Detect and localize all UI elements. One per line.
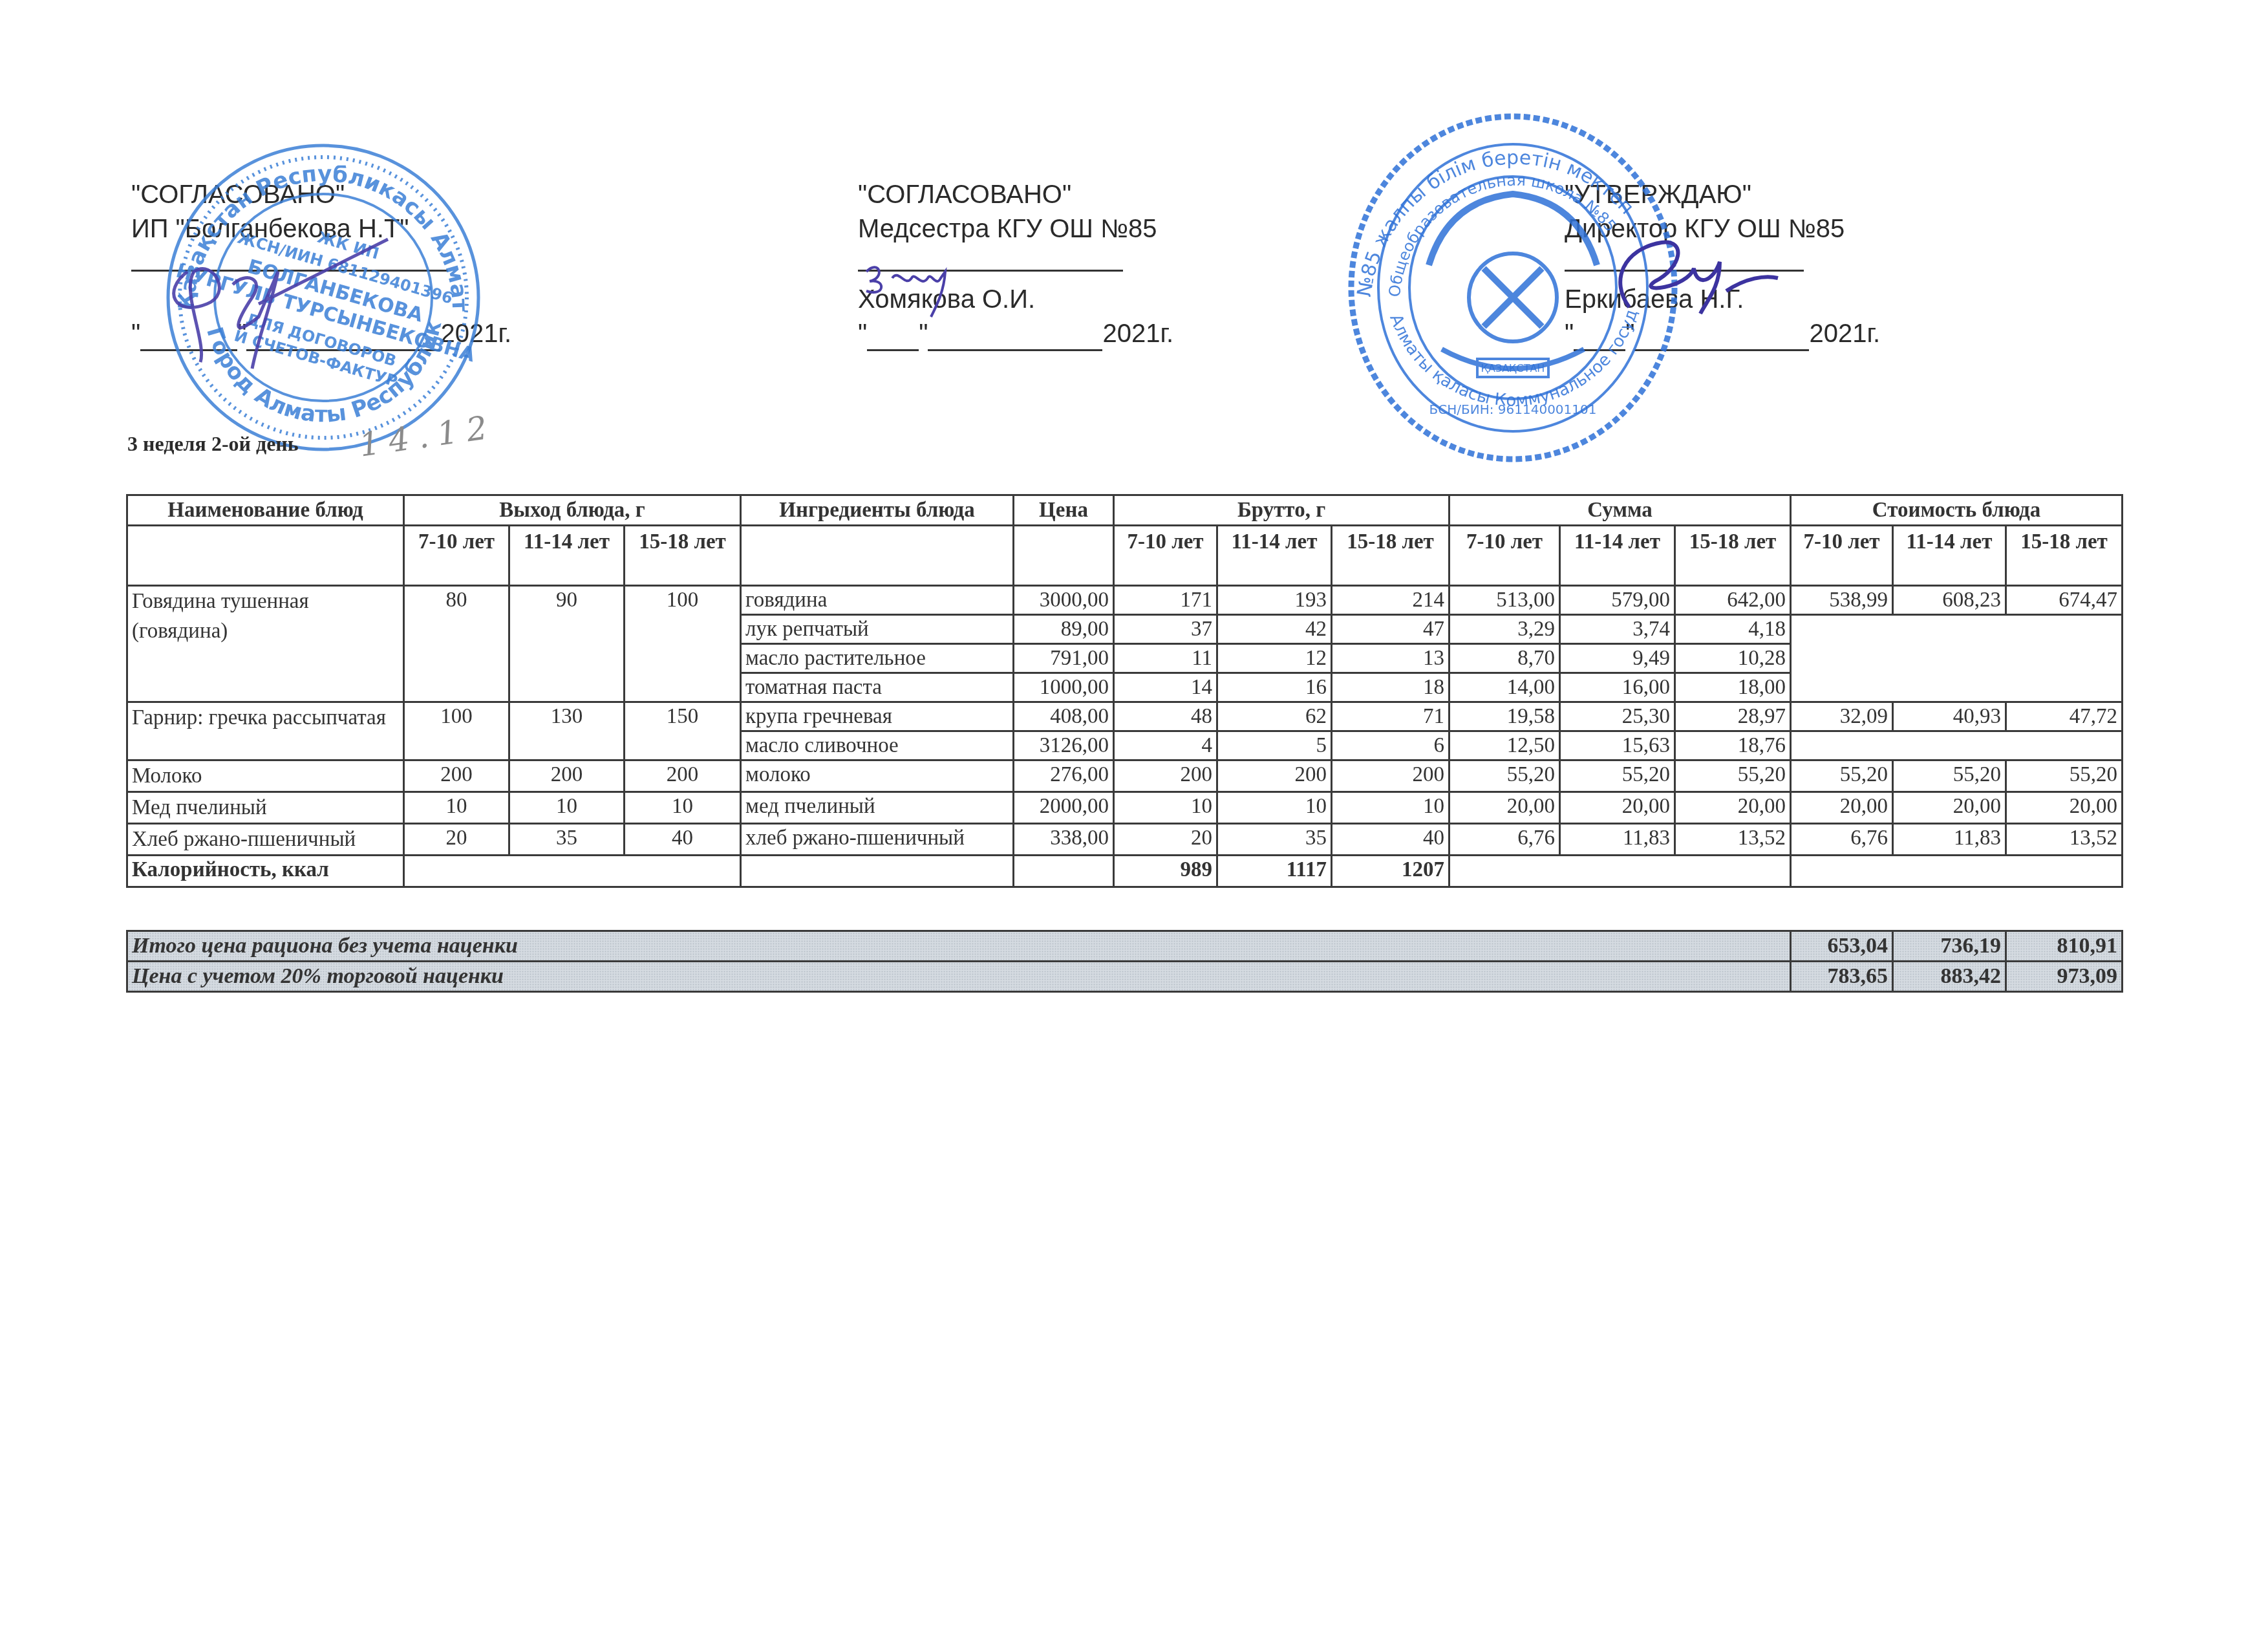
dish-cost: 538,99 — [1791, 586, 1893, 615]
totals-table: Итого цена рациона без учета наценки 653… — [126, 930, 2123, 993]
header-sum: Сумма — [1450, 495, 1791, 526]
calories-value: 989 — [1114, 856, 1217, 887]
signature-line — [1565, 246, 1804, 272]
day-label: 3 неделя 2-ой день — [127, 432, 299, 456]
approval-heading: "СОГЛАСОВАНО" — [858, 178, 1375, 212]
dish-yield: 200 — [509, 760, 625, 792]
ingredient-sum: 3,74 — [1560, 615, 1675, 644]
approval-heading: "СОГЛАСОВАНО" — [131, 178, 623, 212]
ingredient-name: хлеб ржано-пшеничный — [741, 824, 1014, 856]
ingredient-sum: 55,20 — [1450, 760, 1560, 792]
dish-yield: 20 — [404, 824, 509, 856]
dish-yield: 10 — [509, 792, 625, 824]
totals-value: 653,04 — [1791, 931, 1893, 962]
ingredient-brutto: 16 — [1217, 673, 1332, 702]
date-close-quote: " — [919, 317, 928, 351]
approval-signer: Хомякова О.И. — [858, 283, 1375, 317]
dish-yield: 130 — [509, 702, 625, 760]
header-age: 11-14 лет — [1893, 526, 2006, 586]
ingredient-sum: 19,58 — [1450, 702, 1560, 731]
blank-cell — [1450, 856, 1791, 887]
header-ingredients: Ингредиенты блюда — [741, 495, 1014, 526]
blank-cell — [404, 856, 741, 887]
header-price: Цена — [1014, 495, 1114, 526]
date-open-quote: " — [131, 317, 140, 351]
dish-cost: 55,20 — [1893, 760, 2006, 792]
ingredient-price: 408,00 — [1014, 702, 1114, 731]
ingredient-sum: 18,76 — [1675, 731, 1791, 760]
ingredient-name: говядина — [741, 586, 1014, 615]
dish-yield: 40 — [625, 824, 741, 856]
approval-date: " " 2021г. — [131, 317, 623, 351]
header-blank — [1014, 526, 1114, 586]
calories-value: 1207 — [1332, 856, 1450, 887]
ingredient-sum: 11,83 — [1560, 824, 1675, 856]
ingredient-brutto: 12 — [1217, 644, 1332, 673]
ingredient-brutto: 200 — [1217, 760, 1332, 792]
blank-cell — [1791, 856, 2123, 887]
ingredient-sum: 10,28 — [1675, 644, 1791, 673]
approval-position: Медсестра КГУ ОШ №85 — [858, 212, 1375, 246]
ingredient-price: 338,00 — [1014, 824, 1114, 856]
table-row: Гарнир: гречка рассыпчатая100130150крупа… — [127, 702, 2123, 731]
date-close-quote: " — [237, 317, 246, 351]
table-row: Говядина тушенная (говядина)8090100говяд… — [127, 586, 2123, 615]
ingredient-sum: 12,50 — [1450, 731, 1560, 760]
dish-cost: 608,23 — [1893, 586, 2006, 615]
ingredient-price: 2000,00 — [1014, 792, 1114, 824]
date-day-blank — [140, 323, 237, 351]
approval-signer — [131, 283, 623, 317]
dish-yield: 100 — [404, 702, 509, 760]
ingredient-brutto: 10 — [1332, 792, 1450, 824]
menu-table: Наименование блюд Выход блюда, г Ингреди… — [126, 494, 2123, 888]
ingredient-brutto: 71 — [1332, 702, 1450, 731]
date-day-blank — [1574, 323, 1625, 351]
ingredient-sum: 642,00 — [1675, 586, 1791, 615]
header-blank — [127, 526, 404, 586]
approval-heading: "УТВЕРЖДАЮ" — [1565, 178, 2095, 212]
ingredient-brutto: 193 — [1217, 586, 1332, 615]
ingredient-brutto: 42 — [1217, 615, 1332, 644]
dish-cost: 20,00 — [1893, 792, 2006, 824]
dish-yield: 100 — [625, 586, 741, 702]
ingredient-brutto: 37 — [1114, 615, 1217, 644]
dish-cost: 20,00 — [2006, 792, 2123, 824]
ingredient-brutto: 40 — [1332, 824, 1450, 856]
ingredient-brutto: 35 — [1217, 824, 1332, 856]
totals-value: 883,42 — [1893, 962, 2006, 992]
ingredient-sum: 20,00 — [1560, 792, 1675, 824]
approval-position: ИП "Болганбекова Н.Т" — [131, 212, 623, 246]
dish-yield: 10 — [404, 792, 509, 824]
ingredient-price: 3126,00 — [1014, 731, 1114, 760]
date-month-blank — [1634, 323, 1809, 351]
table-row: Молоко200200200молоко276,0020020020055,2… — [127, 760, 2123, 792]
totals-row-markup: Цена с учетом 20% торговой наценки 783,6… — [127, 962, 2123, 992]
totals-label: Итого цена рациона без учета наценки — [127, 931, 1791, 962]
ingredient-brutto: 4 — [1114, 731, 1217, 760]
totals-value: 973,09 — [2006, 962, 2123, 992]
handwritten-note: 14.12 — [357, 407, 498, 464]
table-row: Мед пчелиный101010мед пчелиный2000,00101… — [127, 792, 2123, 824]
dish-cost: 55,20 — [2006, 760, 2123, 792]
ingredient-sum: 16,00 — [1560, 673, 1675, 702]
approval-block-director: "УТВЕРЖДАЮ" Директор КГУ ОШ №85 Еркибаев… — [1565, 178, 2095, 351]
header-age: 7-10 лет — [404, 526, 509, 586]
totals-value: 810,91 — [2006, 931, 2123, 962]
ingredient-sum: 9,49 — [1560, 644, 1675, 673]
ingredient-brutto: 14 — [1114, 673, 1217, 702]
ingredient-brutto: 10 — [1217, 792, 1332, 824]
ingredient-sum: 13,52 — [1675, 824, 1791, 856]
ingredient-sum: 20,00 — [1450, 792, 1560, 824]
dish-yield: 150 — [625, 702, 741, 760]
ingredient-sum: 55,20 — [1675, 760, 1791, 792]
header-brutto: Брутто, г — [1114, 495, 1450, 526]
header-age: 11-14 лет — [1217, 526, 1332, 586]
dish-cost: 32,09 — [1791, 702, 1893, 731]
date-close-quote: " — [1625, 317, 1634, 351]
ingredient-sum: 15,63 — [1560, 731, 1675, 760]
header-age: 7-10 лет — [1791, 526, 1893, 586]
date-year: 2021г. — [440, 317, 511, 351]
blank-cell — [1014, 856, 1114, 887]
dish-yield: 80 — [404, 586, 509, 702]
date-open-quote: " — [858, 317, 867, 351]
dish-cost: 47,72 — [2006, 702, 2123, 731]
ingredient-sum: 579,00 — [1560, 586, 1675, 615]
date-month-blank — [928, 323, 1102, 351]
header-age: 11-14 лет — [509, 526, 625, 586]
ingredient-sum: 6,76 — [1450, 824, 1560, 856]
ingredient-brutto: 200 — [1114, 760, 1217, 792]
ingredient-sum: 8,70 — [1450, 644, 1560, 673]
totals-row-base: Итого цена рациона без учета наценки 653… — [127, 931, 2123, 962]
ingredient-sum: 14,00 — [1450, 673, 1560, 702]
ingredient-price: 89,00 — [1014, 615, 1114, 644]
header-age: 7-10 лет — [1114, 526, 1217, 586]
dish-cost: 13,52 — [2006, 824, 2123, 856]
header-yield: Выход блюда, г — [404, 495, 741, 526]
blank-cell — [741, 856, 1014, 887]
ingredient-brutto: 10 — [1114, 792, 1217, 824]
header-cost: Стоимость блюда — [1791, 495, 2123, 526]
header-age: 15-18 лет — [625, 526, 741, 586]
header-age: 15-18 лет — [1332, 526, 1450, 586]
totals-value: 736,19 — [1893, 931, 2006, 962]
ingredient-price: 1000,00 — [1014, 673, 1114, 702]
ingredient-name: масло сливочное — [741, 731, 1014, 760]
ingredient-brutto: 11 — [1114, 644, 1217, 673]
ingredient-sum: 28,97 — [1675, 702, 1791, 731]
signature-line — [858, 246, 1123, 272]
ingredient-sum: 4,18 — [1675, 615, 1791, 644]
ingredient-price: 276,00 — [1014, 760, 1114, 792]
ingredient-brutto: 18 — [1332, 673, 1450, 702]
date-year: 2021г. — [1102, 317, 1173, 351]
date-month-blank — [246, 323, 440, 351]
header-row: Наименование блюд Выход блюда, г Ингреди… — [127, 495, 2123, 526]
header-dish-name: Наименование блюд — [127, 495, 404, 526]
ingredient-sum: 25,30 — [1560, 702, 1675, 731]
signature-line — [131, 246, 448, 272]
ingredient-name: лук репчатый — [741, 615, 1014, 644]
dish-yield: 200 — [625, 760, 741, 792]
menu-body: Говядина тушенная (говядина)8090100говяд… — [127, 586, 2123, 887]
dish-cost: 674,47 — [2006, 586, 2123, 615]
dish-name: Говядина тушенная (говядина) — [127, 586, 404, 702]
date-open-quote: " — [1565, 317, 1574, 351]
dish-cost: 20,00 — [1791, 792, 1893, 824]
dish-yield: 35 — [509, 824, 625, 856]
approval-signer: Еркибаева Н.Г. — [1565, 283, 2095, 317]
header-age: 15-18 лет — [2006, 526, 2123, 586]
ingredient-brutto: 20 — [1114, 824, 1217, 856]
dish-name: Гарнир: гречка рассыпчатая — [127, 702, 404, 760]
dish-cost: 6,76 — [1791, 824, 1893, 856]
dish-cost: 11,83 — [1893, 824, 2006, 856]
dish-cost-blank — [1791, 615, 2123, 702]
approval-block-supplier: "СОГЛАСОВАНО" ИП "Болганбекова Н.Т" " " … — [131, 178, 623, 351]
calories-value: 1117 — [1217, 856, 1332, 887]
ingredient-brutto: 13 — [1332, 644, 1450, 673]
ingredient-brutto: 5 — [1217, 731, 1332, 760]
header-age: 7-10 лет — [1450, 526, 1560, 586]
ingredient-price: 3000,00 — [1014, 586, 1114, 615]
ingredient-price: 791,00 — [1014, 644, 1114, 673]
header-age: 15-18 лет — [1675, 526, 1791, 586]
approval-date: " " 2021г. — [858, 317, 1375, 351]
header-age: 11-14 лет — [1560, 526, 1675, 586]
ingredient-name: крупа гречневая — [741, 702, 1014, 731]
calories-row: Калорийность, ккал98911171207 — [127, 856, 2123, 887]
stamp-bin-text: БСН/БИН: 961140001101 — [1429, 402, 1597, 417]
ingredient-name: томатная паста — [741, 673, 1014, 702]
ingredient-sum: 3,29 — [1450, 615, 1560, 644]
ingredient-name: молоко — [741, 760, 1014, 792]
dish-name: Мед пчелиный — [127, 792, 404, 824]
totals-label: Цена с учетом 20% торговой наценки — [127, 962, 1791, 992]
ingredient-name: мед пчелиный — [741, 792, 1014, 824]
stamp-emblem-text: ҚАЗАҚСТАН — [1481, 362, 1545, 374]
approval-date: " " 2021г. — [1565, 317, 2095, 351]
ingredient-sum: 20,00 — [1675, 792, 1791, 824]
ingredient-brutto: 47 — [1332, 615, 1450, 644]
approval-block-nurse: "СОГЛАСОВАНО" Медсестра КГУ ОШ №85 Хомяк… — [858, 178, 1375, 351]
dish-cost: 40,93 — [1893, 702, 2006, 731]
totals-value: 783,65 — [1791, 962, 1893, 992]
dish-name: Молоко — [127, 760, 404, 792]
dish-cost: 55,20 — [1791, 760, 1893, 792]
dish-cost-blank — [1791, 731, 2123, 760]
approval-position: Директор КГУ ОШ №85 — [1565, 212, 2095, 246]
ingredient-sum: 513,00 — [1450, 586, 1560, 615]
date-day-blank — [867, 323, 919, 351]
dish-yield: 90 — [509, 586, 625, 702]
ingredient-brutto: 200 — [1332, 760, 1450, 792]
header-blank — [741, 526, 1014, 586]
header-age-row: 7-10 лет 11-14 лет 15-18 лет 7-10 лет 11… — [127, 526, 2123, 586]
ingredient-brutto: 214 — [1332, 586, 1450, 615]
ingredient-name: масло растительное — [741, 644, 1014, 673]
dish-name: Хлеб ржано-пшеничный — [127, 824, 404, 856]
ingredient-sum: 18,00 — [1675, 673, 1791, 702]
ingredient-sum: 55,20 — [1560, 760, 1675, 792]
dish-yield: 200 — [404, 760, 509, 792]
ingredient-brutto: 62 — [1217, 702, 1332, 731]
calories-label: Калорийность, ккал — [127, 856, 404, 887]
date-year: 2021г. — [1809, 317, 1880, 351]
dish-yield: 10 — [625, 792, 741, 824]
ingredient-brutto: 48 — [1114, 702, 1217, 731]
ingredient-brutto: 6 — [1332, 731, 1450, 760]
ingredient-brutto: 171 — [1114, 586, 1217, 615]
table-row: Хлеб ржано-пшеничный203540хлеб ржано-пше… — [127, 824, 2123, 856]
